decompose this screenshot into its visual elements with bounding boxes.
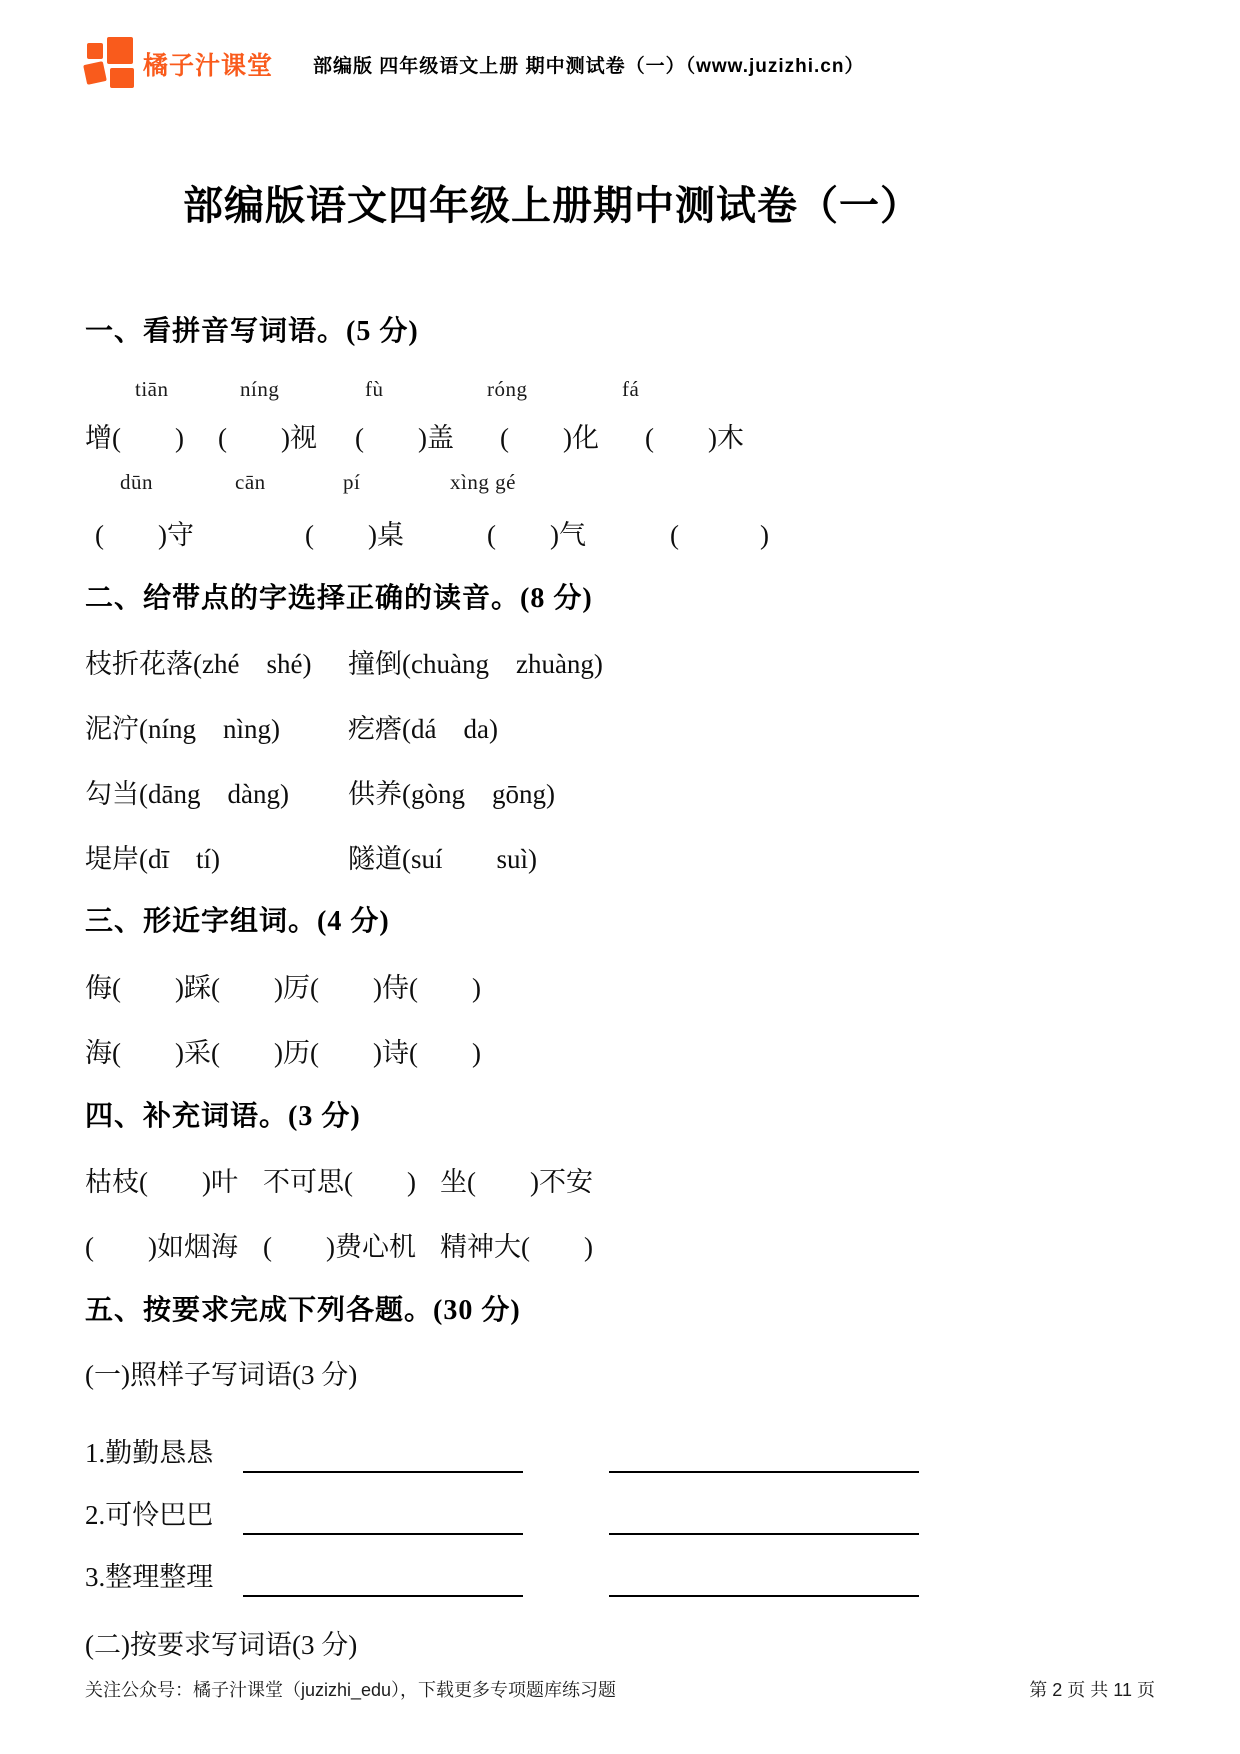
answer-blank-line [243,1437,523,1473]
fill-blank: ( ) [670,517,769,555]
question-item: 勾当(dāng dàng) [85,776,348,814]
section2-heading: 二、给带点的字选择正确的读音。(8 分) [85,579,1155,620]
section3-heading: 三、形近字组词。(4 分) [85,902,1155,943]
question-item: 堤岸(dī tí) [85,841,348,879]
pinyin-label: xìng gé [450,470,516,495]
pinyin-label: róng [487,377,622,402]
answer-blank-line [609,1561,919,1597]
pinyin-label: fá [622,377,639,402]
pinyin-label: pí [343,470,450,495]
logo-square-icon [87,43,103,59]
logo-square-icon [110,68,134,88]
footer-note: 关注公众号：橘子汁课堂（juzizhi_edu），下载更多专项题库练习题 [85,1676,616,1702]
fill-item: 3.整理整理 [85,1559,1155,1597]
answer-blank-line [609,1499,919,1535]
section2-row: 枝折花落(zhé shé)撞倒(chuàng zhuàng) [85,646,1155,684]
logo-square-icon [83,61,107,85]
page-number: 第 2 页 共 11 页 [1029,1676,1155,1702]
section5-subheading-1: (一)照样子写词语(3 分) [85,1357,1155,1395]
worksheet-page: 橘子汁课堂 部编版 四年级语文上册 期中测试卷（一）（www.juzizhi.c… [0,0,1240,1754]
fill-blank: 增( ) [85,420,218,458]
section1-answer-row-2: ( )守( )桌( )气( ) [85,517,1155,555]
pinyin-label: tiān [135,377,240,402]
fill-blank: ( )守 [95,517,305,555]
question-item: 泥泞(níng nìng) [85,711,348,749]
section2-row: 勾当(dāng dàng)供养(gòng gōng) [85,776,1155,814]
page-header: 橘子汁课堂 部编版 四年级语文上册 期中测试卷（一）（www.juzizhi.c… [85,36,1155,92]
question-item: 疙瘩(dá da) [348,714,498,744]
section4-heading: 四、补充词语。(3 分) [85,1097,1155,1138]
section5-heading: 五、按要求完成下列各题。(30 分) [85,1291,1155,1332]
brand-name: 橘子汁课堂 [143,46,273,82]
question-item: 隧道(suí suì) [348,844,537,874]
doc-title: 部编版语文四年级上册期中测试卷（一） [183,180,1155,232]
answer-blank-line [243,1499,523,1535]
section4-row: ( )如烟海( )费心机精神大( ) [85,1229,1155,1267]
fill-blank: ( )气 [487,517,670,555]
section1-pinyin-row-1: tiānníngfùróngfá [85,377,1155,402]
fill-item: 1.勤勤恳恳 [85,1435,1155,1473]
question-item: ( )如烟海 [85,1229,263,1267]
header-title: 部编版 四年级语文上册 期中测试卷（一）（www.juzizhi.cn） [313,51,864,78]
page-footer: 关注公众号：橘子汁课堂（juzizhi_edu），下载更多专项题库练习题 第 2… [85,1676,1155,1702]
pinyin-label: fù [365,377,487,402]
section1-answer-row-1: 增( )( )视( )盖( )化( )木 [85,420,1155,458]
section1-pinyin-row-2: dūncānpíxìng gé [85,470,1155,495]
question-item: 枯枝( )叶 [85,1164,263,1202]
question-item: 精神大( ) [440,1232,593,1262]
fill-blank: ( )桌 [305,517,487,555]
question-item: 坐( )不安 [440,1167,593,1197]
section3-row: 海( )采( )历( )诗( ) [85,1035,1155,1073]
pinyin-label: cān [235,470,343,495]
brand-logo-icon [85,36,139,92]
pinyin-label: níng [240,377,365,402]
question-item: 不可思( ) [263,1164,440,1202]
page-content: 橘子汁课堂 部编版 四年级语文上册 期中测试卷（一）（www.juzizhi.c… [0,0,1240,1664]
section3-row: 侮( )踩( )厉( )侍( ) [85,970,1155,1008]
section2-row: 堤岸(dī tí)隧道(suí suì) [85,841,1155,879]
section2-row: 泥泞(níng nìng)疙瘩(dá da) [85,711,1155,749]
fill-item: 2.可怜巴巴 [85,1497,1155,1535]
section1-heading: 一、看拼音写词语。(5 分) [85,312,1155,353]
fill-blank: ( )视 [218,420,355,458]
pinyin-label: dūn [120,470,235,495]
section4-row: 枯枝( )叶不可思( )坐( )不安 [85,1164,1155,1202]
question-item: 枝折花落(zhé shé) [85,646,348,684]
question-item: 撞倒(chuàng zhuàng) [348,649,603,679]
fill-blank: ( )盖 [355,420,500,458]
question-item: ( )费心机 [263,1229,440,1267]
fill-item-label: 3.整理整理 [85,1559,213,1597]
logo-square-icon [107,37,133,64]
fill-blank: ( )木 [645,420,744,458]
answer-blank-line [243,1561,523,1597]
question-item: 供养(gòng gōng) [348,779,555,809]
answer-blank-line [609,1437,919,1473]
fill-blank: ( )化 [500,420,645,458]
section5-subheading-2: (二)按要求写词语(3 分) [85,1627,1155,1665]
fill-item-label: 2.可怜巴巴 [85,1497,213,1535]
fill-item-label: 1.勤勤恳恳 [85,1435,213,1473]
